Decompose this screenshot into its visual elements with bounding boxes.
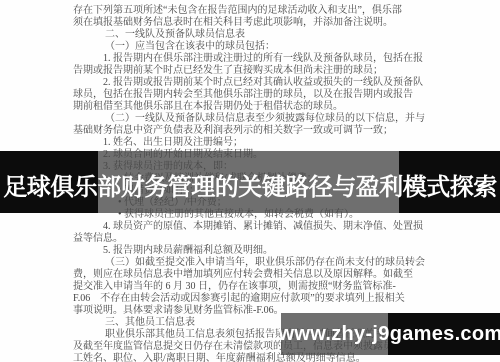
document-text-line: 须在填报基础财务信息表时在相关科目考虑此项影响，并添加备注说明。 — [73, 17, 433, 29]
document-text-line: 告期或报告期前某个时点已经发生了直接购买成本但尚未注册的球员； — [73, 65, 433, 77]
document-text-line: 费，则应在球员信息表中增加填列应付转会费相关信息以及原因解释。如截至 — [73, 269, 433, 281]
document-text-line: 4. 球员资产的原值、本期摊销、累计摊销、减值损失、期末净值、处置损 — [73, 221, 433, 233]
document-text-line: 期前租借至其他俱乐部且在本报告期仍处于租借状态的球员。 — [73, 101, 433, 113]
document-text-line: 二、一线队及预备队球员信息表 — [73, 29, 433, 41]
document-text-line: 2. 报告期或报告期前某个时点已经对其确认收益或损失的一线队及预备队 — [73, 77, 433, 89]
document-text-line: 5. 报告期内球员薪酬福利总额及明细。 — [73, 245, 433, 257]
scanned-document-page: 存在下列第五项所述“未包含在报告范围内的足球活动收入和支出”，俱乐部须在填报基础… — [0, 0, 500, 362]
document-text-line: 提交准入申请当年的 6 月 30 日，仍存在该事项，则需按照“财务监管标准- — [73, 281, 433, 293]
document-text-line: 存在下列第五项所述“未包含在报告范围内的足球活动收入和支出”，俱乐部 — [73, 5, 433, 17]
document-text-line: （三）如截至提交准入申请当年，职业俱乐部仍存在尚未支付的球员转会 — [73, 257, 433, 269]
document-text-line: 1. 姓名、出生日期及注册编号； — [73, 137, 433, 149]
document-text-line: （一）应当包含在该表中的球员包括： — [73, 41, 433, 53]
document-text-line: （二）一线队及预备队球员信息表至少须披露每位球员的以下信息，并与 — [73, 113, 433, 125]
watermark-url: www.zhy-j9games.com — [281, 313, 500, 355]
document-text-line: F.06 不存在由转会活动或因参赛引起的逾期应付款项”的要求填列上报相关 — [73, 293, 433, 305]
document-text-line: 1. 报告期内在俱乐部注册或注册过的所有一线队及预备队球员，包括在报 — [73, 53, 433, 65]
document-text-line: 基础财务信息中资产负债表及利润表列示的相关数字一致或可调节一致； — [73, 125, 433, 137]
document-text-line: 球员，包括在报告期内转会至其他俱乐部注册的球员，以及在报告期内或报告 — [73, 89, 433, 101]
headline-overlay-title: 足球俱乐部财务管理的关键路径与盈利模式探索 — [0, 151, 500, 213]
document-text-line: 益等信息。 — [73, 233, 433, 245]
